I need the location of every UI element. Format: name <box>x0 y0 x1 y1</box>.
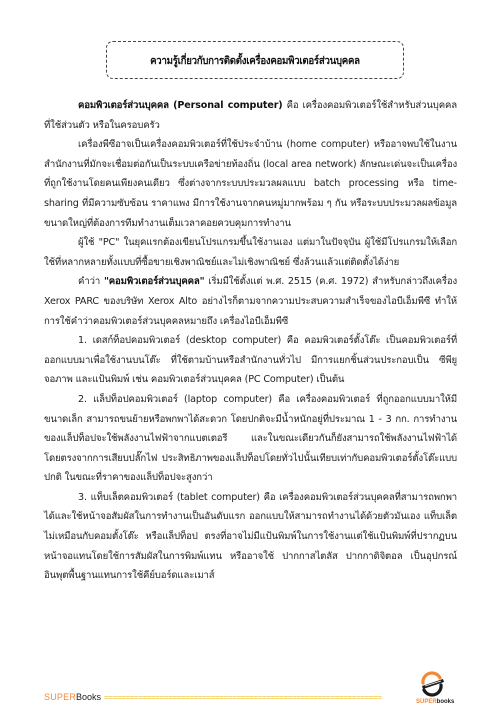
page-footer: SUPERBooks =============================… <box>44 690 464 704</box>
title-box: ความรู้เกี่ยวกับการติดตั้งเครื่องคอมพิวเ… <box>106 41 404 79</box>
paragraph-text: 3. แท็บเล็ตคอมพิวเตอร์ (tablet computer)… <box>44 492 457 581</box>
paragraph-text: 1. เดสก์ท็อปคอมพิวเตอร์ (desktop compute… <box>44 335 457 385</box>
paragraph-personal-computer: คอมพิวเตอร์ส่วนบุคคล (Personal computer)… <box>44 96 457 135</box>
paragraph-pc-software: ผู้ใช้ "PC" ในยุคแรกต้องเขียนโปรแกรมขึ้น… <box>44 233 457 272</box>
paragraph-prefix: คำว่า <box>78 276 104 287</box>
logo-super: SUPER <box>416 699 437 705</box>
logo-text: SUPERbooks <box>416 699 454 705</box>
paragraph-pc-usage: เครื่องพีซีอาจเป็นเครื่องคอมพิวเตอร์ที่ใ… <box>44 135 457 233</box>
paragraph-desktop: 1. เดสก์ท็อปคอมพิวเตอร์ (desktop compute… <box>44 331 457 390</box>
footer-brand-super: SUPER <box>44 692 76 702</box>
logo-books: books <box>437 699 455 705</box>
paragraph-laptop: 2. แล็ปท็อปคอมพิวเตอร์ (laptop computer)… <box>44 390 457 488</box>
paragraph-text: 2. แล็ปท็อปคอมพิวเตอร์ (laptop computer)… <box>44 394 457 483</box>
paragraph-term-history: คำว่า "คอมพิวเตอร์ส่วนบุคคล" เริ่มมีใช้ต… <box>44 272 457 331</box>
footer-rule: ========================================… <box>104 693 464 702</box>
term-bold: "คอมพิวเตอร์ส่วนบุคคล" <box>104 276 205 287</box>
paragraph-text: เครื่องพีซีอาจเป็นเครื่องคอมพิวเตอร์ที่ใ… <box>44 139 457 228</box>
paragraph-text: ผู้ใช้ "PC" ในยุคแรกต้องเขียนโปรแกรมขึ้น… <box>44 237 457 268</box>
term-bold: คอมพิวเตอร์ส่วนบุคคล (Personal computer) <box>78 100 283 111</box>
document-body: คอมพิวเตอร์ส่วนบุคคล (Personal computer)… <box>44 96 457 586</box>
superbooks-logo: SUPERbooks <box>413 669 455 709</box>
footer-brand-books: Books <box>76 692 101 702</box>
superbooks-logo-icon <box>413 669 455 699</box>
page-title: ความรู้เกี่ยวกับการติดตั้งเครื่องคอมพิวเ… <box>150 52 360 69</box>
paragraph-tablet: 3. แท็บเล็ตคอมพิวเตอร์ (tablet computer)… <box>44 488 457 586</box>
